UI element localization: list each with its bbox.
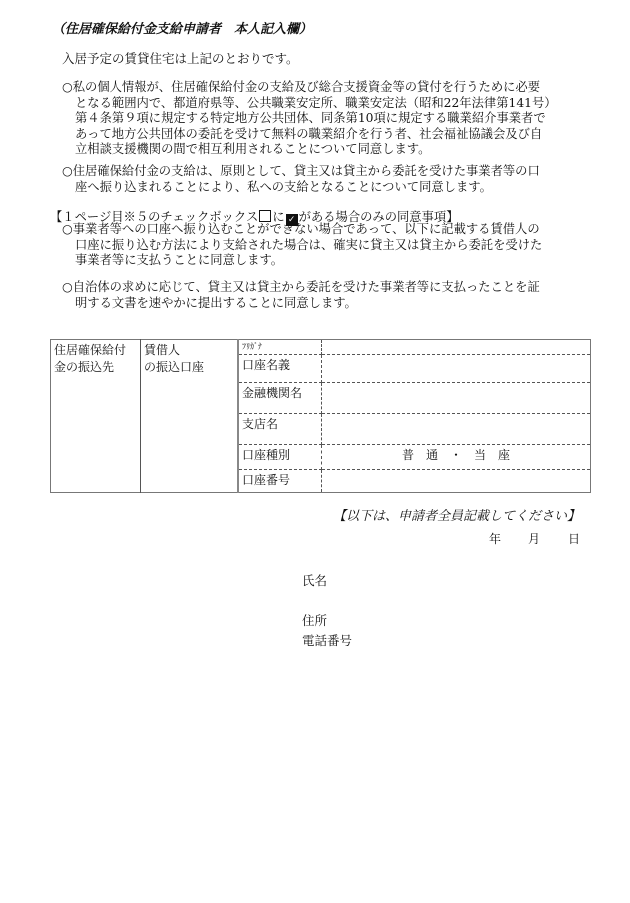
account-type-options[interactable]: 普 通 ・ 当 座 xyxy=(322,445,591,470)
date-year-label: 年 xyxy=(489,530,501,547)
account-type-label: 口座種別 xyxy=(238,445,322,470)
account-number-label: 口座番号 xyxy=(238,470,322,493)
furigana-field[interactable] xyxy=(322,340,591,355)
address-label: 住所 xyxy=(302,611,327,629)
destination-label: 住居確保給付金の振込先 xyxy=(51,340,141,493)
intro-text: 入居予定の賃貸住宅は上記のとおりです。 xyxy=(62,51,299,67)
furigana-label: ﾌﾘｶﾞﾅ xyxy=(238,340,322,355)
empty-checkbox-icon xyxy=(259,210,271,222)
consent-paragraph-personal-info: ○私の個人情報が、住居確保給付金の支給及び総合支援資金等の貸付を行うために必要 … xyxy=(62,80,592,158)
consent-paragraph-proof: ○自治体の求めに応じて、貸主又は貸主から委託を受けた事業者等に支払ったことを証 … xyxy=(62,280,592,311)
consent-paragraph-payment: ○住居確保給付金の支給は、原則として、貸主又は貸主から委託を受けた事業者等の口 … xyxy=(62,164,592,195)
tenant-account-label: 賃借人の振込口座 xyxy=(141,340,239,493)
bank-name-field[interactable] xyxy=(322,383,591,414)
bank-account-table: 住居確保給付金の振込先 賃借人の振込口座 ﾌﾘｶﾞﾅ 口座名義 金融機関名 支店… xyxy=(50,339,591,493)
phone-label: 電話番号 xyxy=(302,631,352,649)
account-holder-field[interactable] xyxy=(322,355,591,383)
form-section-title: （住居確保給付金支給申請者 本人記入欄） xyxy=(52,18,312,37)
name-label: 氏名 xyxy=(302,571,327,589)
date-day-label: 日 xyxy=(568,530,580,547)
account-number-field[interactable] xyxy=(322,470,591,493)
bank-name-label: 金融機関名 xyxy=(238,383,322,414)
account-holder-label: 口座名義 xyxy=(238,355,322,383)
consent-paragraph-tenant-account: ○事業者等への口座へ振り込むことができない場合であって、以下に記載する賃借人の … xyxy=(62,222,592,269)
date-month-label: 月 xyxy=(528,530,540,547)
branch-name-label: 支店名 xyxy=(238,414,322,445)
all-applicants-note: 【以下は、申請者全員記載してください】 xyxy=(333,505,580,524)
branch-name-field[interactable] xyxy=(322,414,591,445)
